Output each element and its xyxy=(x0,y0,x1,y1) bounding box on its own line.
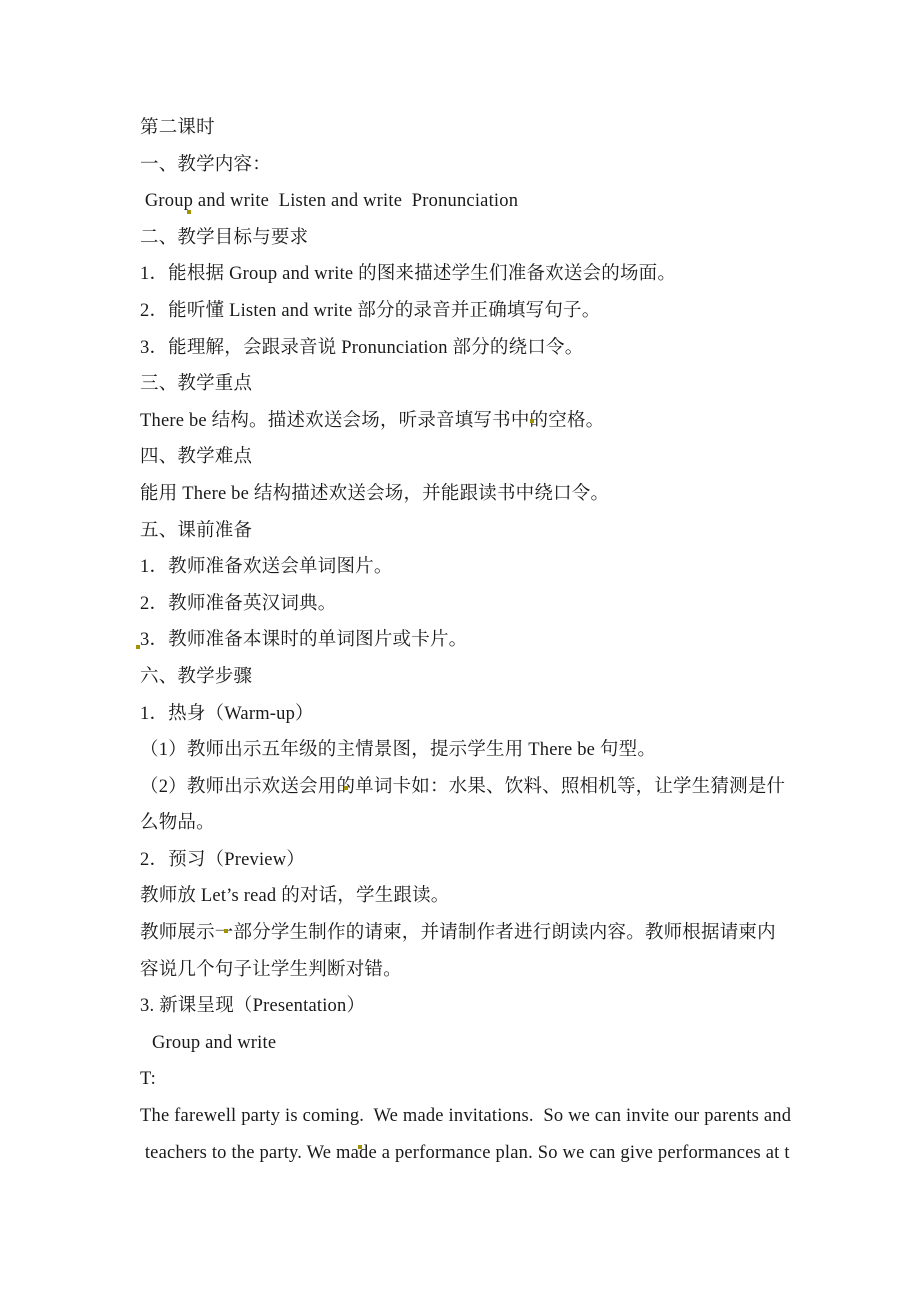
text-line: 1．教师准备欢送会单词图片。 xyxy=(140,549,864,586)
text-line: The farewell party is coming. We made in… xyxy=(140,1098,864,1135)
text-line: teachers to the party. We made a perform… xyxy=(140,1135,864,1172)
text-line: 教师展示一部分学生制作的请柬，并请制作者进行朗读内容。教师根据请柬内 xyxy=(140,915,864,952)
text-line: 1．热身（Warm-up） xyxy=(140,696,864,733)
document-content: 第二课时一、教学内容： Group and write Listen and w… xyxy=(140,110,864,1171)
text-line: 五、课前准备 xyxy=(140,513,864,550)
text-line: （1）教师出示五年级的主情景图，提示学生用 There be 句型。 xyxy=(140,732,864,769)
review-marker-dot xyxy=(136,645,140,649)
text-line: 一、教学内容： xyxy=(140,147,864,184)
text-line: 2．预习（Preview） xyxy=(140,842,864,879)
review-marker-dot xyxy=(224,929,228,933)
text-line: Group and write xyxy=(140,1025,864,1062)
text-line: 六、教学步骤 xyxy=(140,659,864,696)
text-line: （2）教师出示欢送会用的单词卡如：水果、饮料、照相机等，让学生猜测是什 xyxy=(140,769,864,806)
text-line: 三、教学重点 xyxy=(140,366,864,403)
text-line: 二、教学目标与要求 xyxy=(140,220,864,257)
page-title: 第二课时 xyxy=(140,110,864,147)
text-line: 2．能听懂 Listen and write 部分的录音并正确填写句子。 xyxy=(140,293,864,330)
text-line: 么物品。 xyxy=(140,805,864,842)
text-line: 教师放 Let’s read 的对话，学生跟读。 xyxy=(140,878,864,915)
text-line: 能用 There be 结构描述欢送会场，并能跟读书中绕口令。 xyxy=(140,476,864,513)
text-line: 3．能理解，会跟录音说 Pronunciation 部分的绕口令。 xyxy=(140,330,864,367)
text-line: 1．能根据 Group and write 的图来描述学生们准备欢送会的场面。 xyxy=(140,256,864,293)
text-line: 3．教师准备本课时的单词图片或卡片。 xyxy=(140,622,864,659)
review-marker-dot xyxy=(344,786,348,790)
text-line: 2．教师准备英汉词典。 xyxy=(140,586,864,623)
review-marker-dot xyxy=(187,210,191,214)
text-line: There be 结构。描述欢送会场，听录音填写书中的空格。 xyxy=(140,403,864,440)
text-line: T: xyxy=(140,1061,864,1098)
review-marker-dot xyxy=(530,419,534,423)
document-page: 第二课时一、教学内容： Group and write Listen and w… xyxy=(0,0,920,1302)
text-line: 四、教学难点 xyxy=(140,439,864,476)
text-line: Group and write Listen and write Pronunc… xyxy=(140,183,864,220)
text-line: 容说几个句子让学生判断对错。 xyxy=(140,952,864,989)
text-line: 3. 新课呈现（Presentation） xyxy=(140,988,864,1025)
review-marker-dot xyxy=(358,1145,362,1149)
